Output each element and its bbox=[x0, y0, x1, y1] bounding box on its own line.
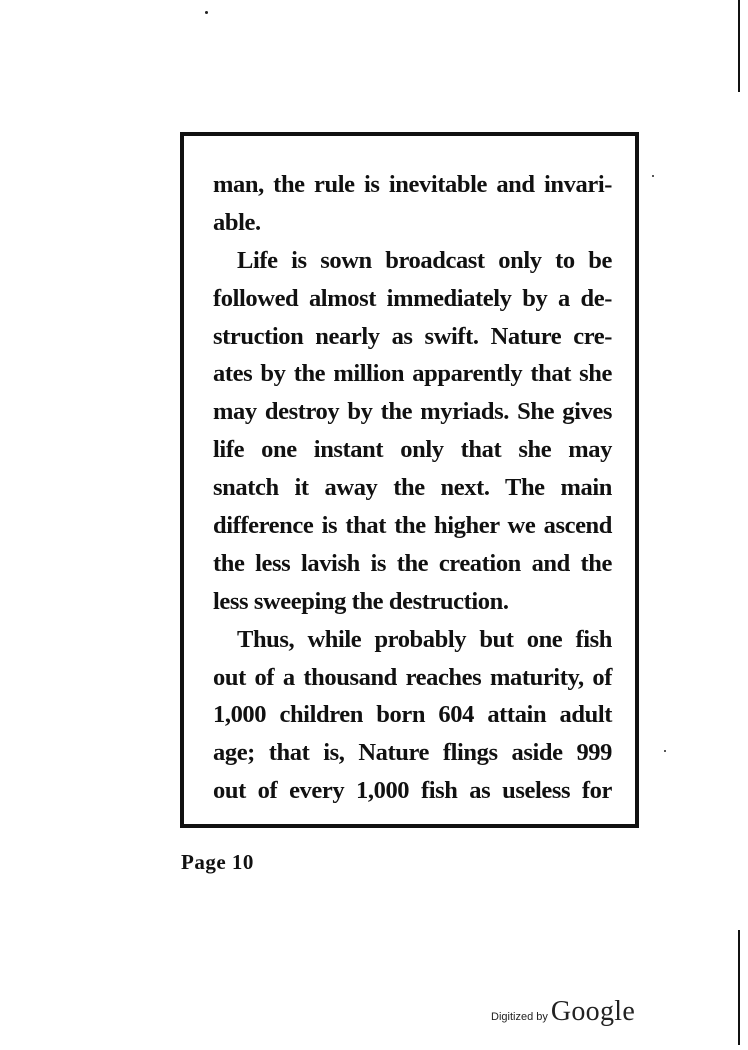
text-line: life one instant only that she may bbox=[213, 431, 612, 469]
text-line: age; that is, Nature flings aside 999 bbox=[213, 734, 612, 772]
scan-speck bbox=[664, 750, 666, 752]
text-line: the less lavish is the creation and the bbox=[213, 545, 612, 583]
text-line: man, the rule is inevitable and invari- bbox=[213, 166, 612, 204]
text-frame: man, the rule is inevitable and invari- … bbox=[180, 132, 639, 828]
text-line: ates by the million apparently that she bbox=[213, 355, 612, 393]
text-line: Life is sown broadcast only to be bbox=[213, 242, 612, 280]
page-number: Page 10 bbox=[181, 850, 254, 875]
page-edge-line bbox=[738, 930, 740, 1045]
text-line: may destroy by the myriads. She gives bbox=[213, 393, 612, 431]
text-line: followed almost immediately by a de- bbox=[213, 280, 612, 318]
body-text: man, the rule is inevitable and invari- … bbox=[213, 166, 612, 810]
text-line: 1,000 children born 604 attain adult bbox=[213, 696, 612, 734]
text-line: less sweeping the destruction. bbox=[213, 583, 612, 621]
text-line: Thus, while probably but one fish bbox=[213, 621, 612, 659]
text-line: struction nearly as swift. Nature cre- bbox=[213, 318, 612, 356]
text-line: out of every 1,000 fish as useless for bbox=[213, 772, 612, 810]
text-line: able. bbox=[213, 204, 612, 242]
text-line: difference is that the higher we ascend bbox=[213, 507, 612, 545]
scan-speck bbox=[652, 175, 654, 177]
page-edge-line bbox=[738, 0, 740, 92]
digitized-by-watermark: Digitized by Google bbox=[491, 996, 635, 1028]
watermark-prefix: Digitized by bbox=[491, 1011, 548, 1023]
text-line: snatch it away the next. The main bbox=[213, 469, 612, 507]
google-logo-text: Google bbox=[551, 996, 635, 1028]
scan-speck bbox=[205, 11, 208, 14]
text-line: out of a thousand reaches maturity, of bbox=[213, 659, 612, 697]
